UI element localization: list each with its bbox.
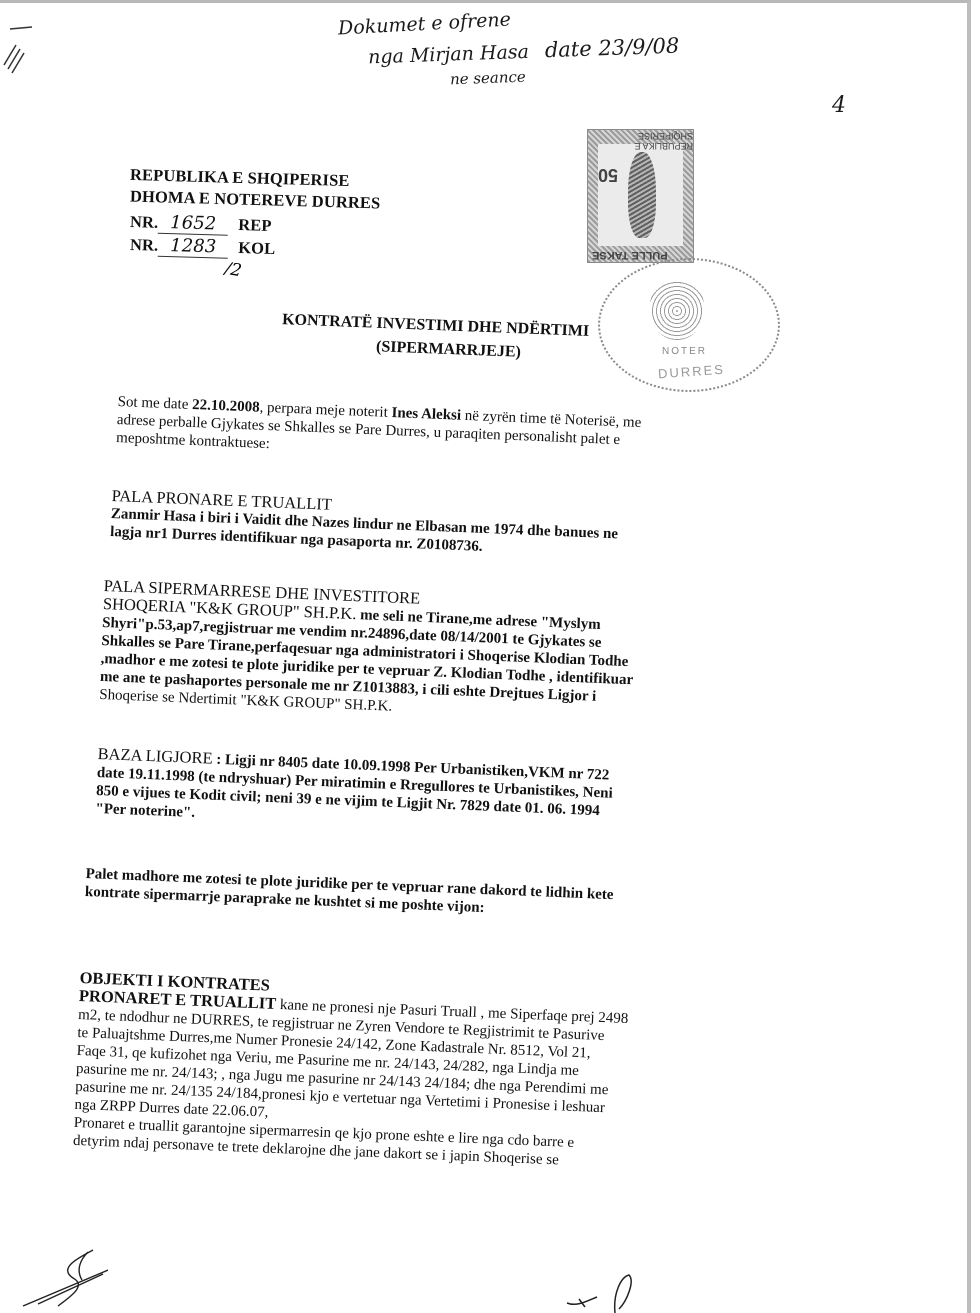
signature-left — [18, 1248, 108, 1308]
seal-label-noter: NOTER — [662, 346, 707, 357]
document-page: Dokumet e ofrene nga Mirjan Hasadate 23/… — [0, 0, 971, 1313]
kol-fraction: /2 — [223, 259, 243, 282]
stamp-bottom-text: PULLE TAKSE — [592, 249, 668, 261]
handwritten-note-line1: Dokumet e ofrene — [338, 8, 512, 39]
rep-prefix: NR. — [130, 212, 159, 232]
legal-basis-section: BAZA LIGJORE : Ligji nr 8405 date 10.09.… — [95, 745, 614, 839]
kol-prefix: NR. — [130, 235, 159, 255]
kol-number: 1283 — [158, 235, 229, 259]
intro-paragraph: Sot me date 22.10.2008, perpara meje not… — [116, 393, 642, 468]
contract-date: 22.10.2008 — [192, 397, 260, 416]
tax-stamp: REPUBLIKA E SHQIPERISE 50 PULLE TAKSE — [587, 129, 694, 263]
rep-number: 1652 — [158, 212, 229, 236]
notary-name: Ines Aleksi — [391, 405, 461, 424]
stamp-top-text: REPUBLIKA E SHQIPERISE — [592, 131, 693, 151]
document-title: KONTRATË INVESTIMI DHE NDËRTIMI — [282, 311, 590, 341]
stamp-value: 50 — [598, 164, 618, 185]
object-section: OBJEKTI I KONTRATES PRONARET E TRUALLIT … — [73, 969, 630, 1172]
handwritten-note-from: nga Mirjan Hasa — [368, 41, 530, 69]
corner-pen-mark — [2, 15, 42, 75]
contractor-party-section: PALA SIPERMARRESE DHE INVESTITORE SHOQER… — [99, 577, 637, 725]
stamp-figure-icon — [628, 152, 656, 238]
rep-suffix: REP — [238, 215, 272, 235]
handwritten-note-date: date 23/9/08 — [544, 34, 679, 63]
eagle-emblem-icon — [650, 282, 704, 340]
owner-party-section: PALA PRONARE E TRUALLIT Zanmir Hasa i bi… — [110, 487, 619, 561]
page-number: 4 — [832, 93, 846, 118]
header-kol-number: NR.1283KOL — [130, 234, 276, 260]
intro-text: Sot me date — [117, 394, 192, 413]
agreement-section: Palet madhore me zotesi te plote juridik… — [85, 865, 614, 922]
document-subtitle: (SIPERMARRJEJE) — [376, 338, 521, 362]
handwritten-note-line2: nga Mirjan Hasadate 23/9/08 — [368, 34, 680, 69]
notary-seal: NOTER DURRES — [598, 258, 780, 392]
kol-suffix: KOL — [238, 238, 276, 258]
handwritten-note-line3: ne seance — [450, 68, 526, 89]
seal-label-durres: DURRES — [658, 362, 726, 382]
header-rep-number: NR.1652REP — [130, 211, 272, 237]
signature-right — [565, 1273, 645, 1313]
